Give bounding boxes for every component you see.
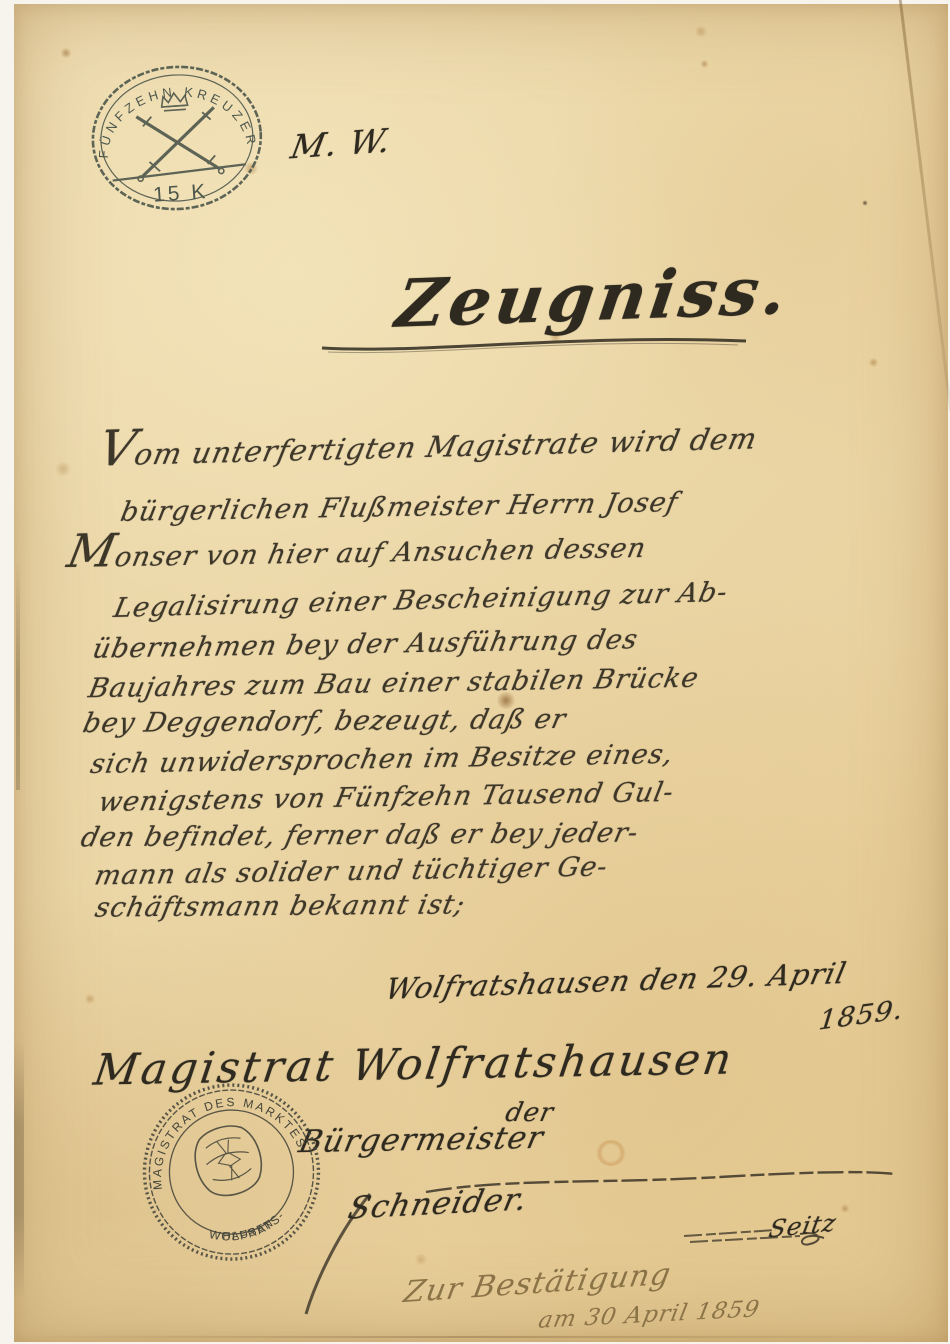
revenue-stamp-value: 15 K (152, 180, 209, 207)
edge-smudge (14, 1040, 24, 1300)
crossed-swords-icon (133, 107, 224, 181)
document-title: Zeugniss. (391, 251, 795, 343)
body-line: den befindet, ferner daß er bey jeder- (78, 818, 642, 854)
revenue-stamp: FÜNFZEHN KREUZER 15 K (83, 56, 271, 224)
body-line: bey Deggendorf, bezeugt, daß er (80, 704, 569, 739)
body-line: schäftsmann bekannt ist; (93, 889, 469, 923)
scanned-document: FÜNFZEHN KREUZER 15 K M. W. Zeugniss. Vo… (0, 0, 950, 1344)
stamp-baseline (112, 164, 246, 180)
top-annotation: M. W. (288, 121, 395, 167)
coat-of-arms-icon (188, 1119, 269, 1203)
revenue-stamp-icon: FÜNFZEHN KREUZER 15 K (83, 56, 271, 220)
office-title: Bürgermeister (296, 1120, 547, 1160)
